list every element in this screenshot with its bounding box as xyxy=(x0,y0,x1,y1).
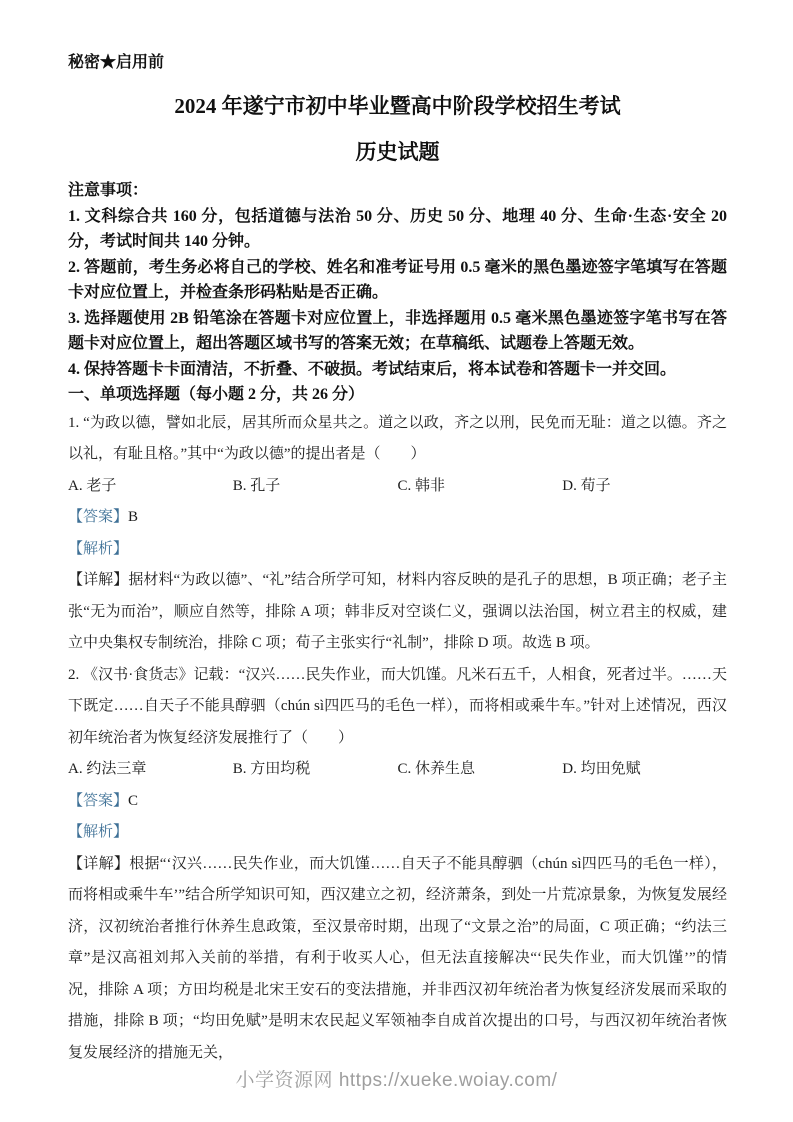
notice-item-4: 4. 保持答题卡卡面清洁，不折叠、不破损。考试结束后，将本试卷和答题卡一并交回。 xyxy=(68,357,727,383)
option-c: C. 休养生息 xyxy=(398,754,563,786)
answer-line: 【答案】B xyxy=(68,502,727,534)
question-stem: 2. 《汉书·食货志》记载：“汉兴……民失作业，而大饥馑。凡米石五千，人相食，死… xyxy=(68,660,727,755)
options-row: A. 约法三章 B. 方田均税 C. 休养生息 D. 均田免赋 xyxy=(68,754,727,786)
option-a: A. 约法三章 xyxy=(68,754,233,786)
notice-section: 注意事项： 1. 文科综合共 160 分，包括道德与法治 50 分、历史 50 … xyxy=(68,178,727,382)
option-c: C. 韩非 xyxy=(398,471,563,503)
answer-value: C xyxy=(128,793,138,809)
section-heading: 一、单项选择题（每小题 2 分，共 26 分） xyxy=(68,382,727,408)
answer-value: B xyxy=(128,509,138,525)
option-b: B. 孔子 xyxy=(233,471,398,503)
question-stem: 1. “为政以德，譬如北辰，居其所而众星共之。道之以政，齐之以刑，民免而无耻：道… xyxy=(68,408,727,471)
option-d: D. 荀子 xyxy=(562,471,727,503)
option-d: D. 均田免赋 xyxy=(562,754,727,786)
notice-heading: 注意事项： xyxy=(68,178,727,204)
detail-text: 【详解】根据“‘汉兴……民失作业，而大饥馑……自天子不能具醇驷（chún sì四… xyxy=(68,849,727,1070)
footer-watermark: 小学资源网 https://xueke.woiay.com/ xyxy=(0,1068,793,1094)
question-block-1: 1. “为政以德，譬如北辰，居其所而众星共之。道之以政，齐之以刑，民免而无耻：道… xyxy=(68,408,727,660)
exam-subtitle: 历史试题 xyxy=(68,136,727,168)
exam-paper-page: 秘密★启用前 2024 年遂宁市初中毕业暨高中阶段学校招生考试 历史试题 注意事… xyxy=(0,0,793,1122)
answer-label: 【答案】 xyxy=(68,509,128,525)
exam-title: 2024 年遂宁市初中毕业暨高中阶段学校招生考试 xyxy=(68,90,727,122)
analysis-line: 【解析】 xyxy=(68,534,727,566)
analysis-label: 【解析】 xyxy=(68,541,128,557)
notice-item-1: 1. 文科综合共 160 分，包括道德与法治 50 分、历史 50 分、地理 4… xyxy=(68,204,727,255)
option-a: A. 老子 xyxy=(68,471,233,503)
question-block-2: 2. 《汉书·食货志》记载：“汉兴……民失作业，而大饥馑。凡米石五千，人相食，死… xyxy=(68,660,727,1070)
analysis-line: 【解析】 xyxy=(68,817,727,849)
detail-text: 【详解】据材料“为政以德”、“礼”结合所学可知，材料内容反映的是孔子的思想，B … xyxy=(68,565,727,660)
answer-line: 【答案】C xyxy=(68,786,727,818)
option-b: B. 方田均税 xyxy=(233,754,398,786)
answer-label: 【答案】 xyxy=(68,793,128,809)
classification-marker: 秘密★启用前 xyxy=(68,52,727,74)
notice-item-2: 2. 答题前，考生务必将自己的学校、姓名和准考证号用 0.5 毫米的黑色墨迹签字… xyxy=(68,255,727,306)
analysis-label: 【解析】 xyxy=(68,824,128,840)
options-row: A. 老子 B. 孔子 C. 韩非 D. 荀子 xyxy=(68,471,727,503)
notice-item-3: 3. 选择题使用 2B 铅笔涂在答题卡对应位置上，非选择题用 0.5 毫米黑色墨… xyxy=(68,306,727,357)
questions-area: 1. “为政以德，譬如北辰，居其所而众星共之。道之以政，齐之以刑，民免而无耻：道… xyxy=(68,408,727,1070)
